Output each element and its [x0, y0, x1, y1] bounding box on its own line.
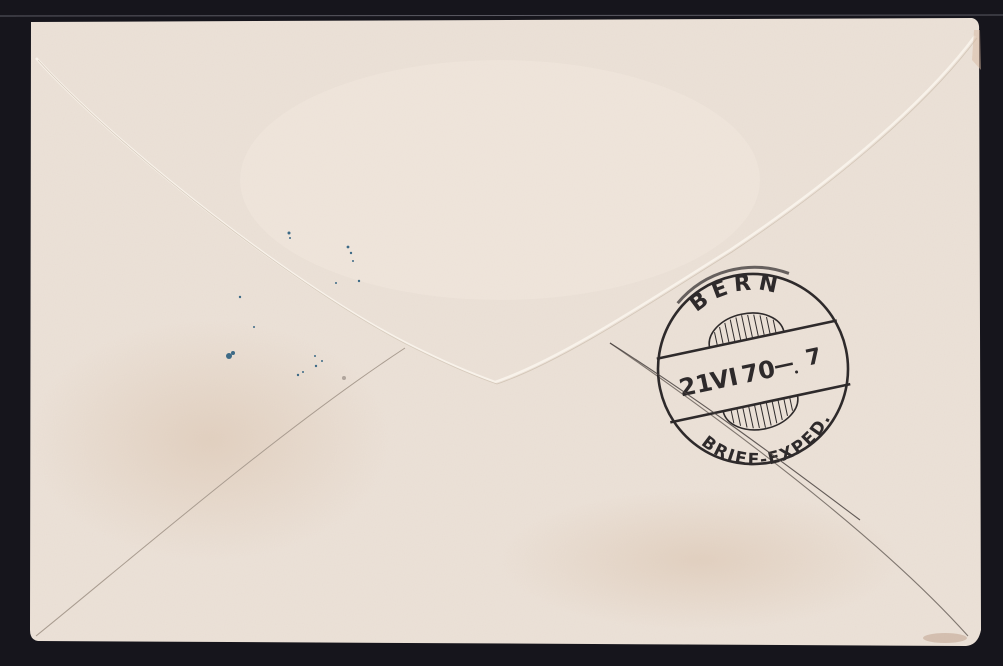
postmark-month: VI	[708, 363, 741, 396]
envelope-photo: BERN BRIEF-EXPED. 21 VI 70 7	[0, 0, 1003, 666]
envelope	[30, 18, 981, 646]
